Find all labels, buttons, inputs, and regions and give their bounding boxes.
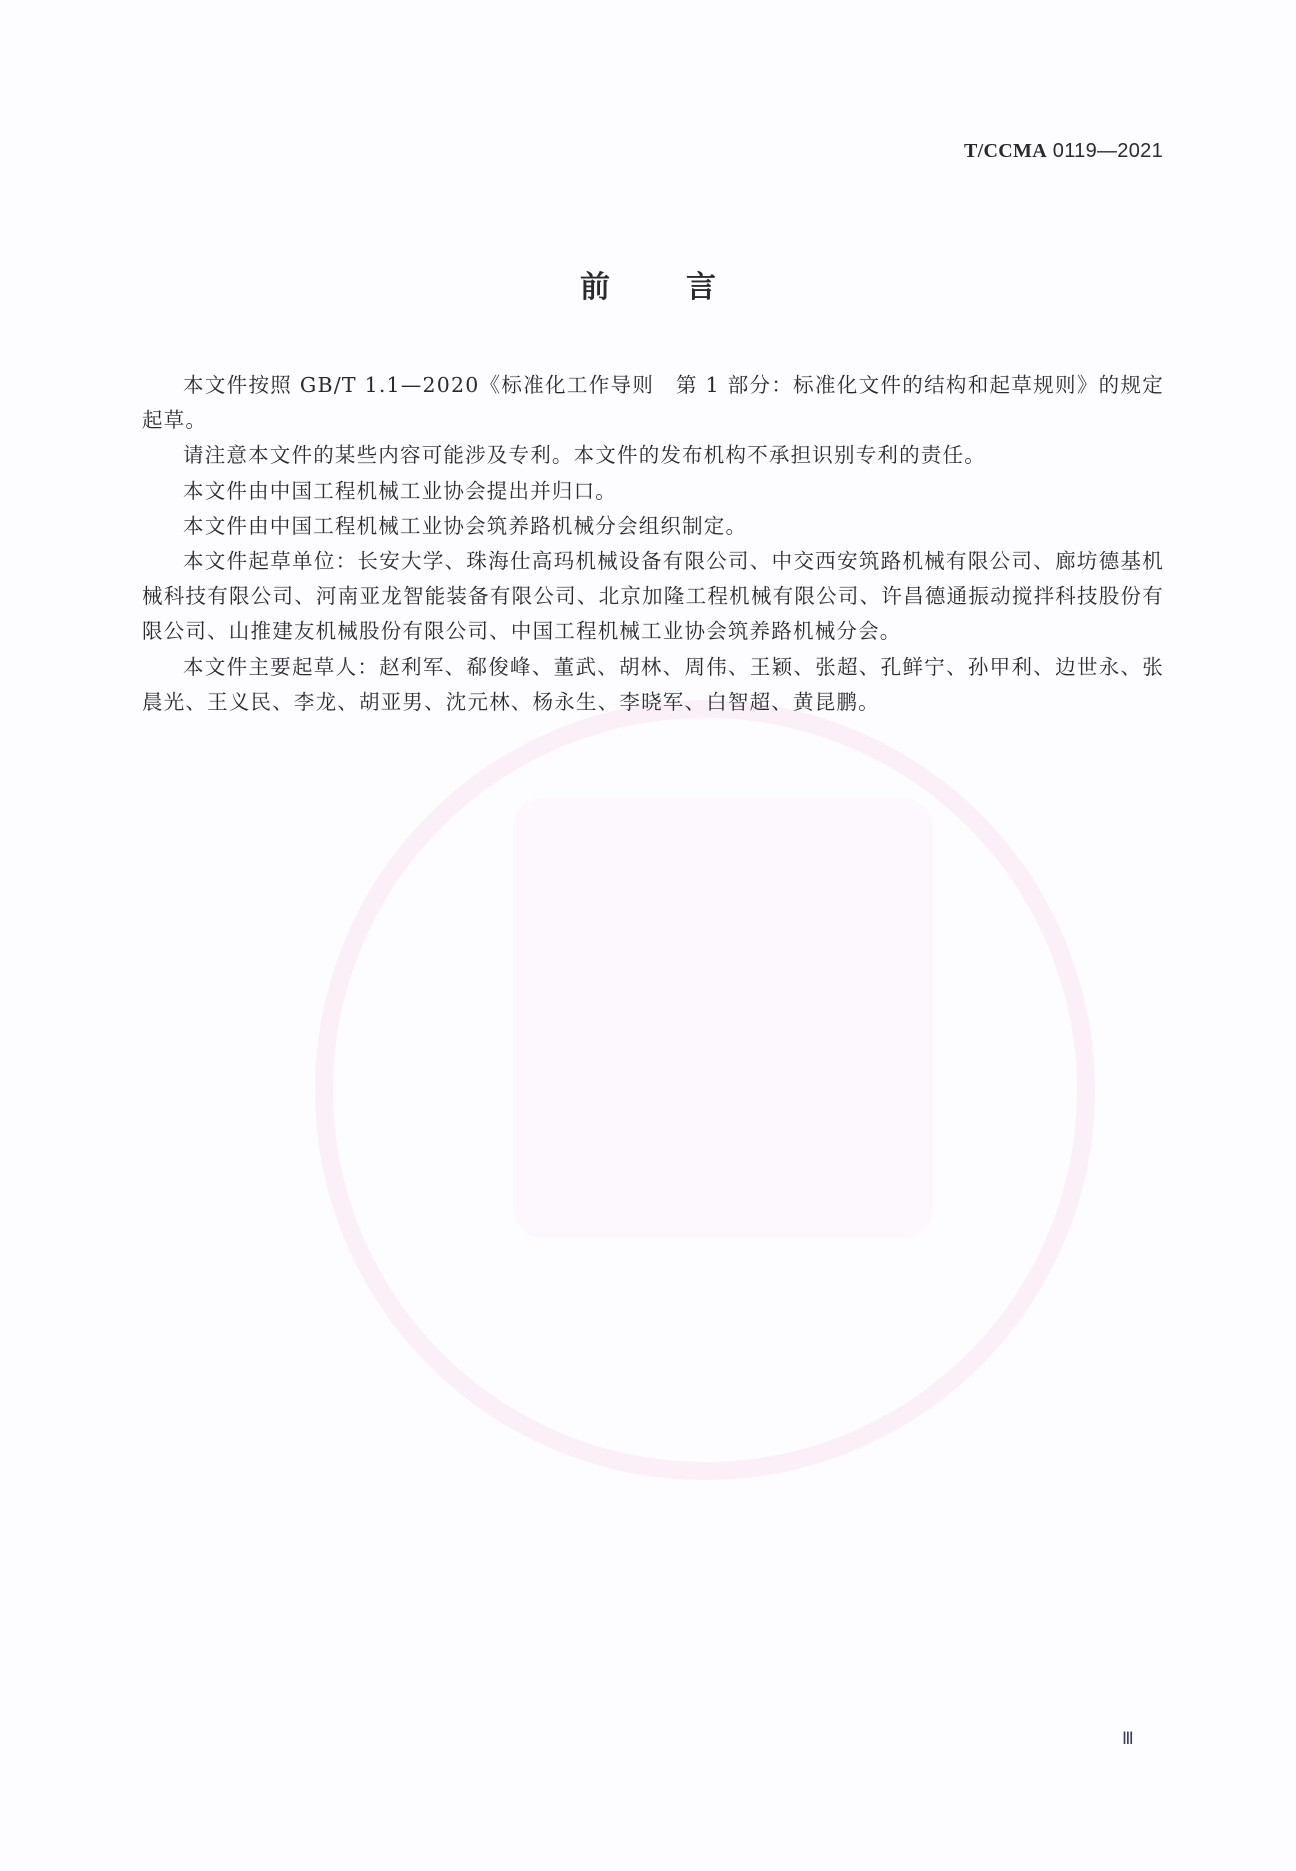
paragraph-patent-notice: 请注意本文件的某些内容可能涉及专利。本文件的发布机构不承担识别专利的责任。 [142, 438, 1164, 473]
paragraph-drafting-units: 本文件起草单位：长安大学、珠海仕高玛机械设备有限公司、中交西安筑路机械有限公司、… [142, 544, 1164, 650]
page-title: 前言 [0, 262, 1296, 306]
page-number: Ⅲ [1122, 1729, 1134, 1749]
paragraph-organizer: 本文件由中国工程机械工业协会筑养路机械分会组织制定。 [142, 509, 1164, 544]
paragraph-drafting-rules: 本文件按照 GB/T 1.1—2020《标准化工作导则 第 1 部分：标准化文件… [142, 368, 1164, 438]
watermark-seal [315, 700, 1095, 1480]
watermark-seal-emblem [513, 798, 933, 1238]
standard-code: T/CCMA 0119—2021 [964, 140, 1163, 163]
paragraph-proposer: 本文件由中国工程机械工业协会提出并归口。 [142, 474, 1164, 509]
standard-code-number: 0119—2021 [1047, 140, 1163, 162]
standard-code-prefix: T/CCMA [964, 140, 1047, 162]
paragraph-drafters: 本文件主要起草人：赵利军、郗俊峰、董武、胡林、周伟、王颖、张超、孔鲜宁、孙甲利、… [142, 650, 1164, 720]
foreword-body: 本文件按照 GB/T 1.1—2020《标准化工作导则 第 1 部分：标准化文件… [142, 368, 1164, 720]
